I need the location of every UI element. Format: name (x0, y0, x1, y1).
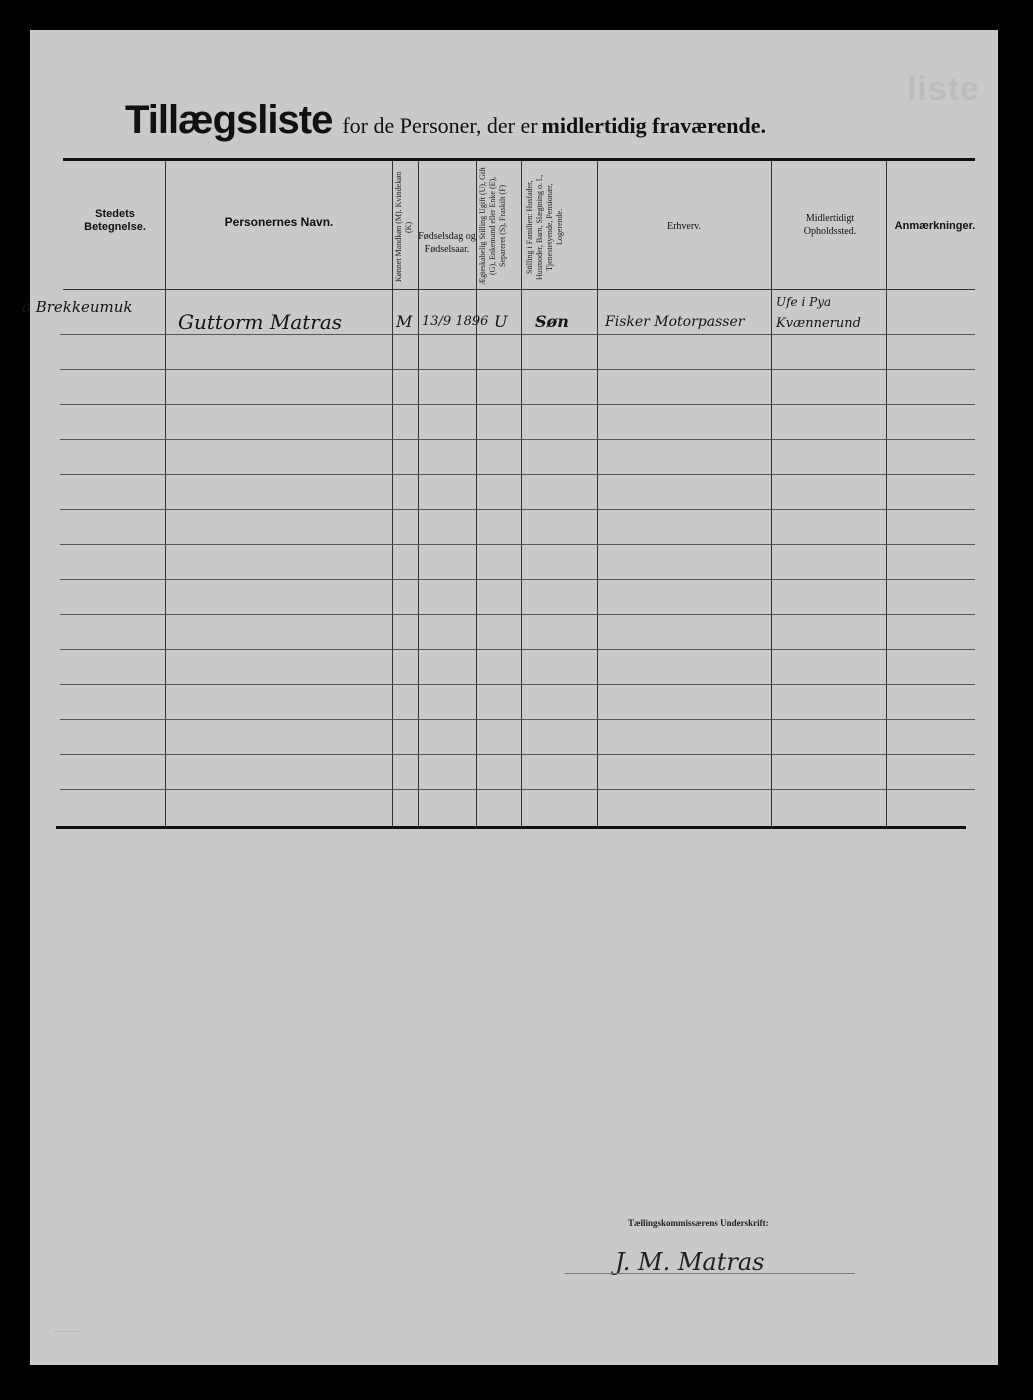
header-place: Stedets Betegnelse. (65, 208, 165, 234)
column-divider (597, 161, 598, 827)
row-line (60, 509, 975, 510)
cell-name: Guttorm Matras (178, 310, 342, 334)
header-sex: Kønnet Mandkøn (M). Kvindekøn (K) (394, 168, 418, 286)
cell-birth: 13/9 1896 (422, 314, 488, 329)
header-remarks: Anmærkninger. (887, 220, 983, 233)
cell-temp-residence-line2: Kvænnerund (776, 316, 861, 331)
column-divider (418, 161, 419, 827)
form-title: Tillægsliste for de Personer, der er mid… (125, 98, 766, 143)
cell-family: Søn (535, 312, 569, 331)
column-divider (392, 161, 393, 827)
row-line (60, 579, 975, 580)
signature-line (565, 1273, 855, 1274)
row-line (60, 404, 975, 405)
column-divider (476, 161, 477, 827)
header-family: Stilling i Familien: Husfader, Husmoder,… (525, 172, 595, 282)
row-line (60, 684, 975, 685)
row-line (60, 789, 975, 790)
cell-occupation: Fisker Motorpasser (605, 314, 744, 330)
column-divider (521, 161, 522, 827)
bleed-through-text: liste (907, 70, 980, 109)
row-line (60, 614, 975, 615)
row-line (60, 754, 975, 755)
title-middle: for de Personer, der er (342, 113, 537, 138)
row-line (60, 334, 975, 335)
table-top-rule (63, 158, 975, 161)
header-name: Personernes Navn. (167, 216, 391, 229)
header-occupation: Erhverv. (598, 220, 770, 233)
row-line (60, 369, 975, 370)
title-emphasis: midlertidig fraværende. (542, 113, 766, 138)
header-birth: Fødselsdag og Fødselsaar. (418, 230, 476, 256)
column-divider (886, 161, 887, 827)
row-line (60, 719, 975, 720)
column-divider (165, 161, 166, 827)
cell-place: à Brekkeumuk (22, 298, 132, 316)
signature: J. M. Matras (615, 1248, 764, 1276)
column-divider (771, 161, 772, 827)
cell-marital: U (494, 312, 507, 331)
header-bottom-rule (63, 289, 975, 290)
printer-mark: ·········· (55, 1330, 82, 1335)
row-line (60, 649, 975, 650)
row-line (60, 544, 975, 545)
row-line (60, 474, 975, 475)
header-marital: Ægteskabelig Stilling Ugift (U), Gift (G… (478, 164, 520, 288)
header-temp-residence: Midlertidigt Opholdssted. (780, 212, 880, 238)
cell-sex: M (396, 312, 412, 331)
title-main: Tillægsliste (125, 98, 332, 142)
table-bottom-rule (56, 826, 966, 829)
signature-label: Tællingskommissærens Underskrift: (628, 1218, 769, 1228)
census-form-page: liste Tillægsliste for de Personer, der … (30, 30, 998, 1365)
row-line (60, 439, 975, 440)
cell-temp-residence-line1: Ufe i Pya (776, 295, 831, 309)
